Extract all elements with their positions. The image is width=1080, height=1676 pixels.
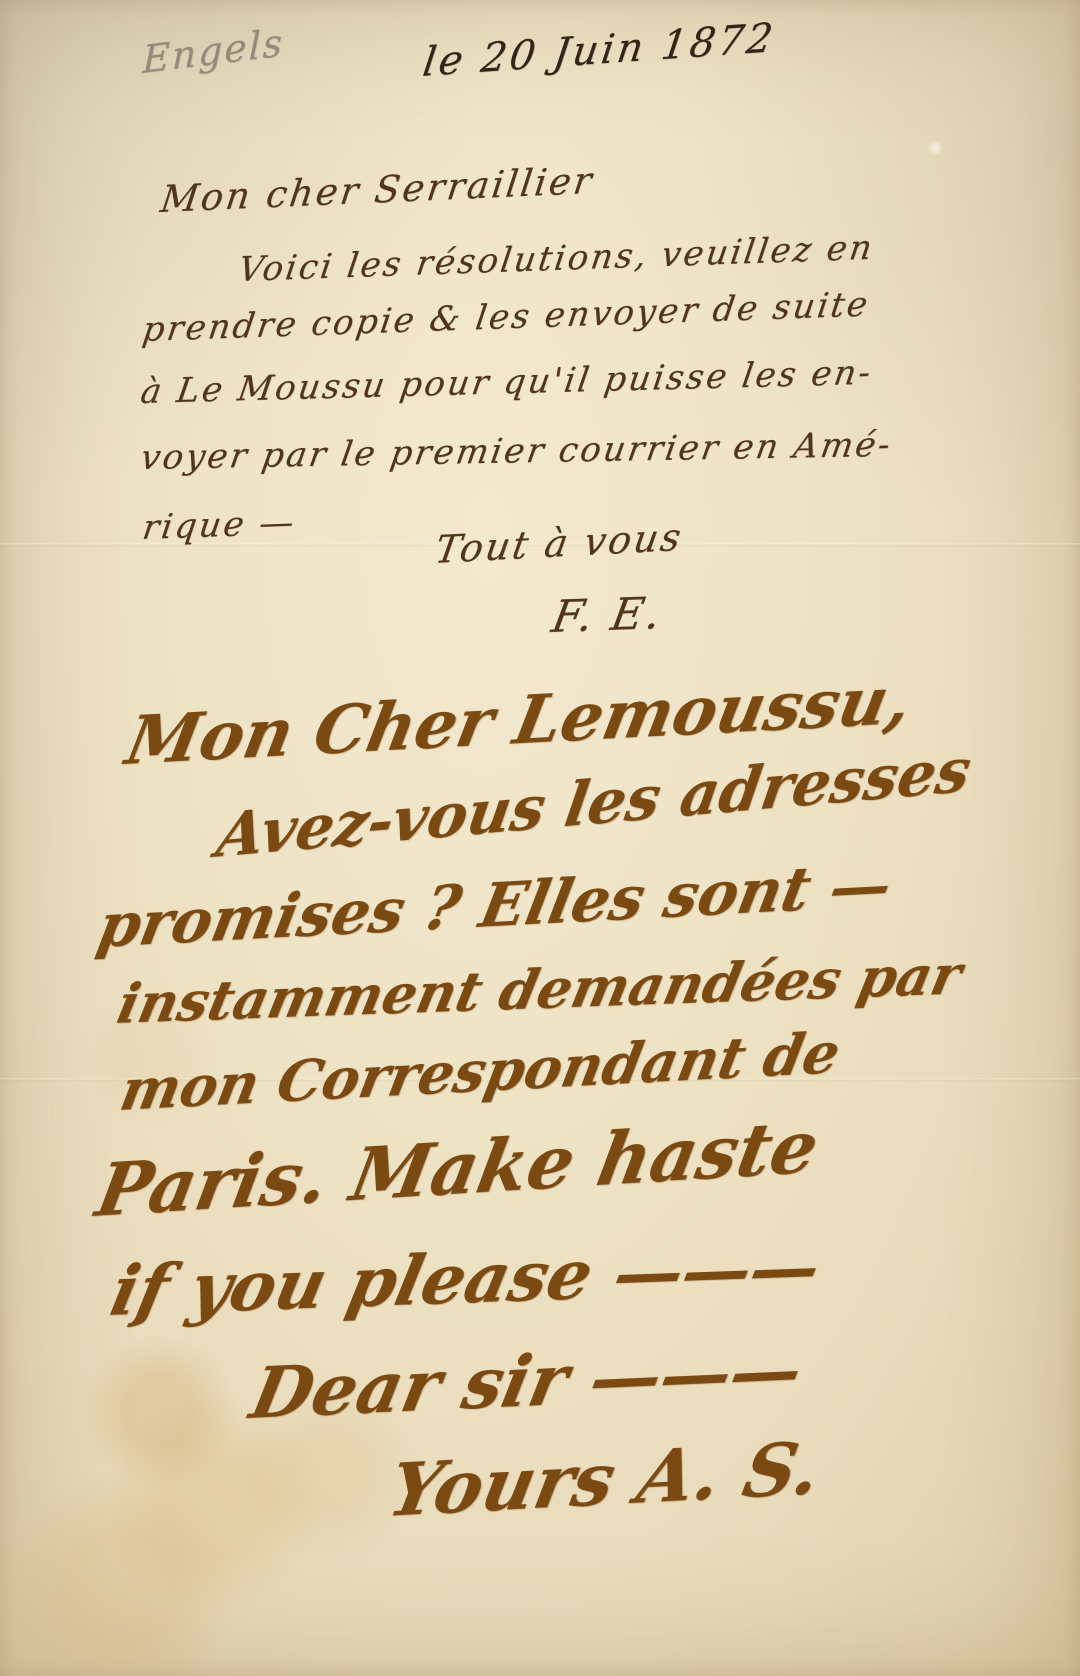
- letter2-line: Paris. Make haste: [90, 1103, 825, 1233]
- letter2-closing: Dear sir ———: [244, 1327, 810, 1435]
- letter1-line: voyer par le premier courrier en Amé-: [138, 425, 895, 478]
- letter1-signature: F. E.: [548, 588, 667, 643]
- letter1-salutation: Mon cher Serraillier: [158, 159, 597, 221]
- fold-crease: [0, 543, 1080, 547]
- letter2-salutation: Mon Cher Lemoussu,: [120, 660, 918, 780]
- letter2-signature: Yours A. S.: [382, 1425, 828, 1533]
- letter1-closing: Tout à vous: [432, 515, 686, 572]
- letter1-line: Voici les résolutions, veuillez en: [236, 228, 877, 290]
- letter2-line: Avez-vous les adresses: [212, 735, 975, 872]
- date-line: le 20 Juin 1872: [420, 15, 778, 86]
- fold-crease: [0, 1078, 1080, 1082]
- pencil-annotation: Engels: [142, 20, 284, 82]
- letter2-line: mon Correspondant de: [115, 1020, 845, 1124]
- letter1-line: à Le Moussu pour qu'il puisse les en-: [138, 353, 876, 412]
- letter1-line: rique —: [140, 502, 299, 548]
- letter2-line: instamment demandées par: [112, 942, 967, 1036]
- letter2-line: promises ? Elles sont —: [92, 850, 897, 962]
- paper-stains: [0, 0, 1080, 1676]
- letter-page: Engels le 20 Juin 1872 Mon cher Serraill…: [0, 0, 1080, 1676]
- letter2-line: if you please ———: [104, 1227, 827, 1332]
- letter1-line: prendre copie & les envoyer de suite: [140, 284, 872, 350]
